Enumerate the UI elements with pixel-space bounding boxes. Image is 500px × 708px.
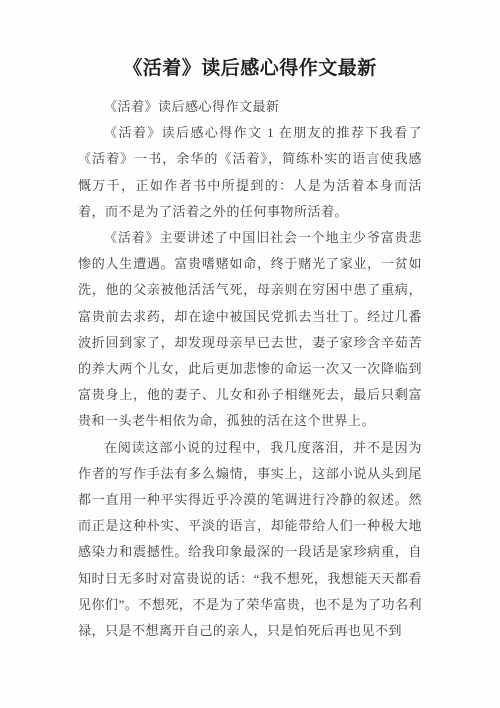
document-body: 《活着》读后感心得作文最新 《活着》读后感心得作文 1 在朋友的推荐下我看了《活…: [78, 94, 422, 644]
document-title: 《活着》读后感心得作文最新: [78, 56, 422, 82]
paragraph-subtitle: 《活着》读后感心得作文最新: [78, 94, 422, 120]
document-page: 《活着》读后感心得作文最新 《活着》读后感心得作文最新 《活着》读后感心得作文 …: [0, 0, 500, 708]
paragraph-plot-summary: 《活着》主要讲述了中国旧社会一个地主少爷富贵悲惨的人生遭遇。富贵嗜赌如命，终于赌…: [78, 225, 422, 435]
paragraph-reading-reflection: 在阅读这部小说的过程中，我几度落泪，并不是因为作者的写作手法有多么煽情，事实上，…: [78, 435, 422, 645]
paragraph-intro: 《活着》读后感心得作文 1 在朋友的推荐下我看了《活着》一书，余华的《活着》，简…: [78, 120, 422, 225]
